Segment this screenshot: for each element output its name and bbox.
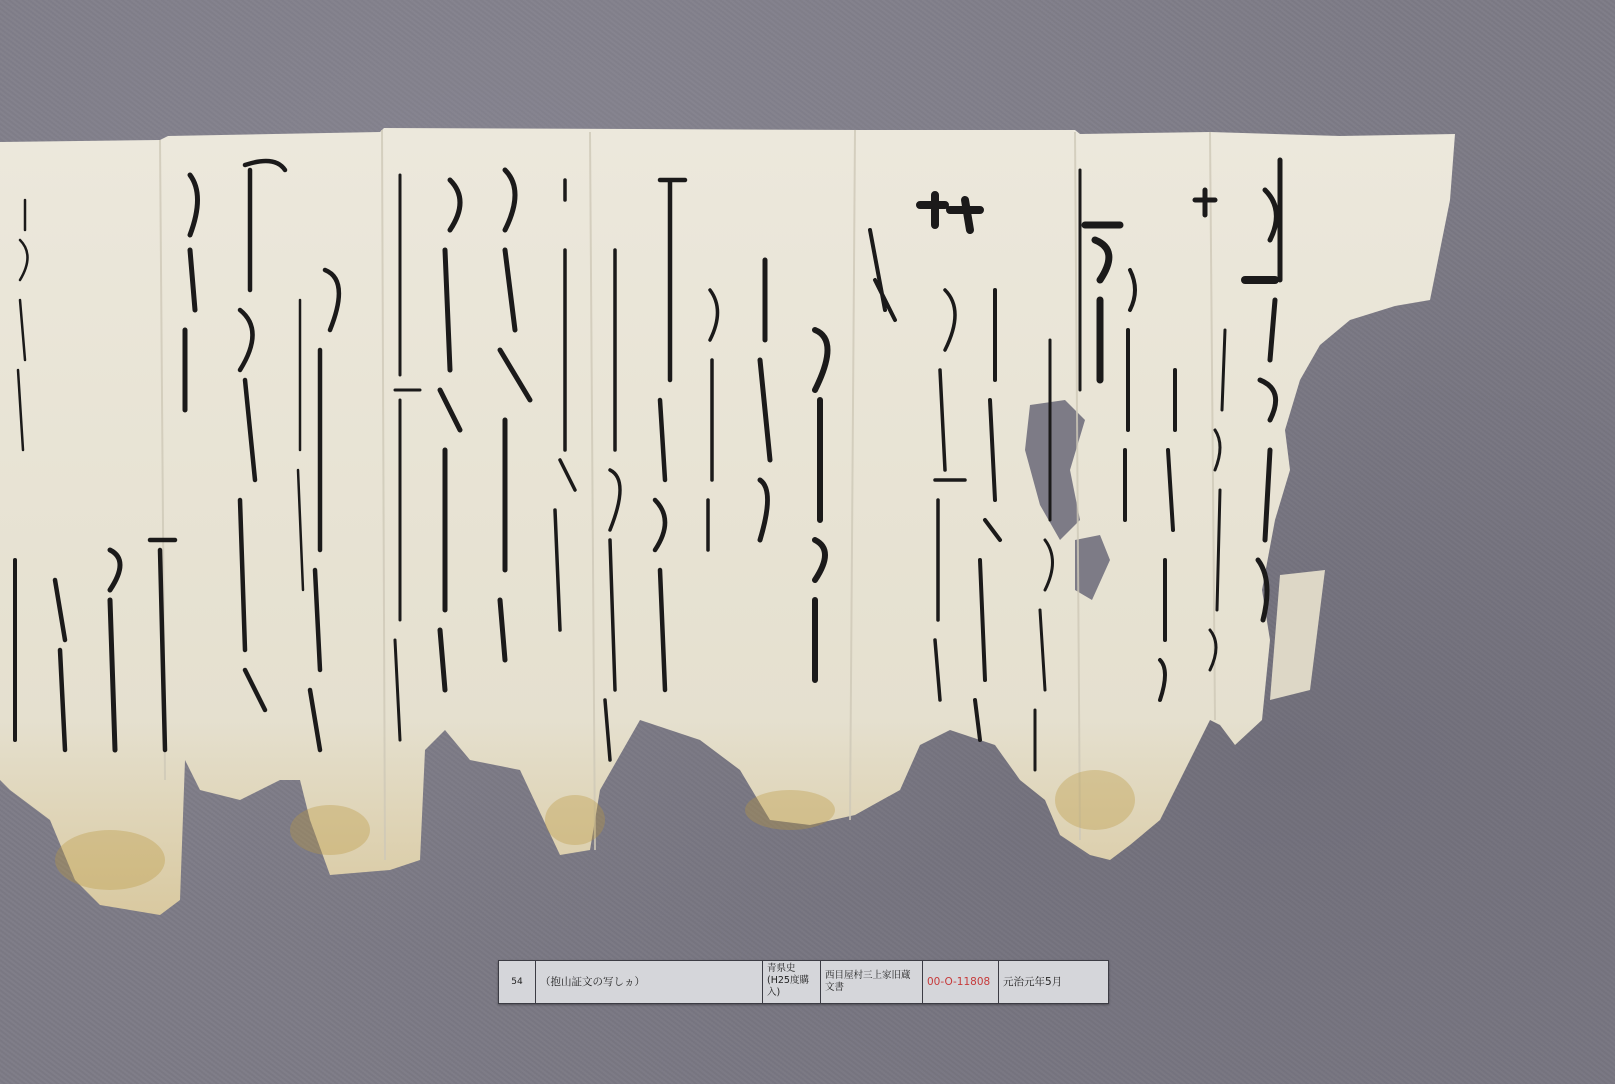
label-date: 元治元年5月 bbox=[999, 961, 1108, 1003]
label-source-line3: 入) bbox=[767, 987, 809, 999]
label-source-line1: 青県史 bbox=[767, 963, 809, 975]
paper-illustration bbox=[0, 0, 1615, 940]
catalog-label-strip: 54 （抱山証文の写しヵ） 青県史 (H25度購 入) 西目屋村三上家旧蔵文書 … bbox=[498, 960, 1109, 1004]
label-title: （抱山証文の写しヵ） bbox=[536, 961, 763, 1003]
label-catalog-id: 00-O-11808 bbox=[923, 961, 999, 1003]
document-photo: 54 （抱山証文の写しヵ） 青県史 (H25度購 入) 西目屋村三上家旧蔵文書 … bbox=[0, 0, 1615, 1084]
label-source-line2: (H25度購 bbox=[767, 975, 809, 987]
label-source: 青県史 (H25度購 入) bbox=[763, 961, 821, 1003]
label-collection: 西目屋村三上家旧蔵文書 bbox=[821, 961, 923, 1003]
document-paper bbox=[0, 0, 1615, 940]
label-number: 54 bbox=[499, 961, 536, 1003]
